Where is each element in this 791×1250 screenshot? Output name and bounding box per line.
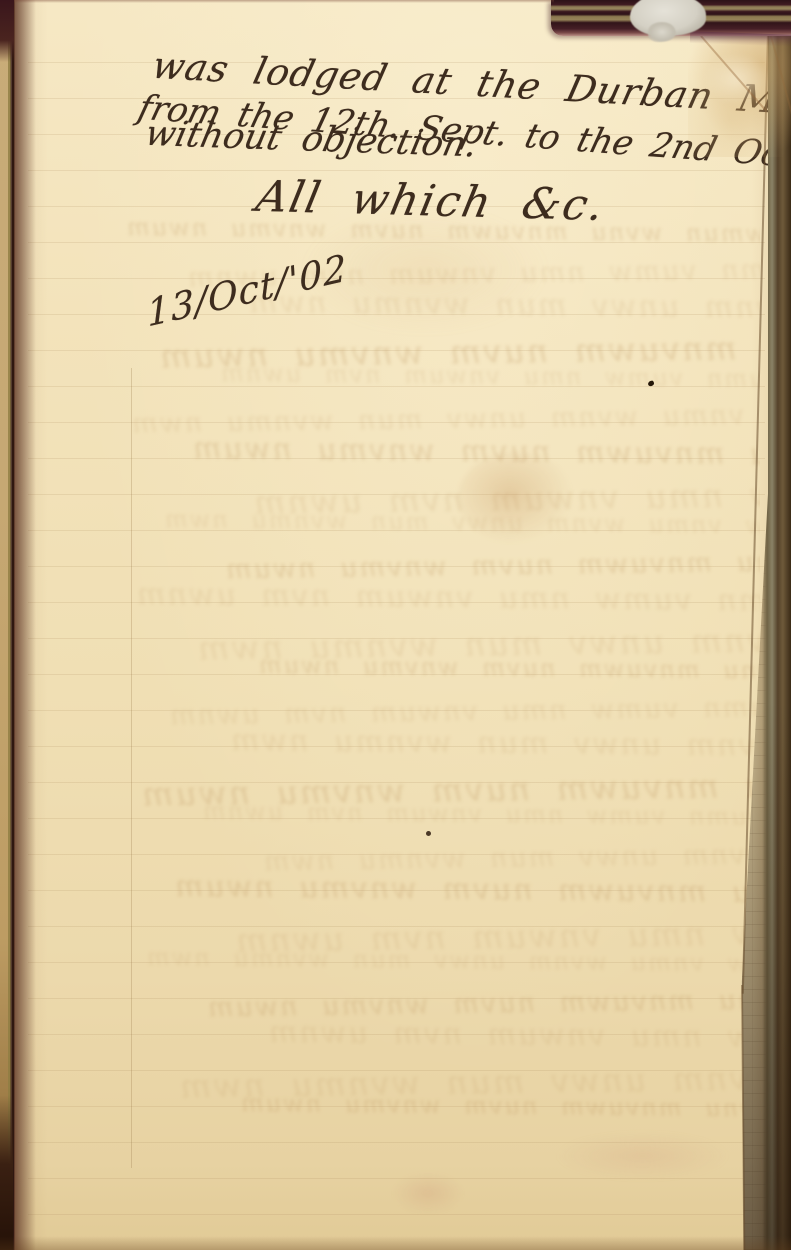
ghost-line: unnvmuwn vmmun vwmun wvnu mnvuwm nuvm wn… bbox=[173, 869, 760, 916]
page-marker-fuzz bbox=[648, 22, 676, 42]
ghost-line: unnvmuwn vmmun vwmun wvnu mnvuwm nuvm wn… bbox=[239, 1089, 760, 1127]
closing-phrase: All which &c. bbox=[252, 172, 610, 231]
ghost-line: mwnv unmu vnwm umnv wumn vumw nmu vnwum … bbox=[201, 797, 760, 835]
ghost-line: mwnv unmu vnwm umnv wumn vumw nmu vnwum … bbox=[267, 1015, 760, 1062]
stain bbox=[458, 452, 573, 544]
ghost-line: vnum wnvu mnwv munw vnmu wvnm unwv mun w… bbox=[229, 723, 760, 770]
top-edge-line bbox=[14, 0, 554, 3]
bottom-edge-shadow bbox=[0, 1236, 791, 1250]
ghost-line: mwnv unmu vnwm umnv wumn vumw nmu vnwum … bbox=[135, 577, 760, 624]
stain bbox=[392, 1172, 464, 1214]
ghost-line: unnvmuwn vmmun vwmun wvnu mnvuwm nuvm wn… bbox=[257, 651, 760, 689]
corner-shadow-top-left bbox=[0, 0, 14, 62]
ledger-page-photo: unnvmuwn vmmun vwmun wvnu mnvuwm nuvm wn… bbox=[0, 0, 791, 1250]
ghost-line: mwnv unmu vnwm umnv wumn vumw nmu vnwum … bbox=[219, 359, 760, 397]
bleedthrough-ghost-text: unnvmuwn vmmun vwmun wvnu mnvuwm nuvm wn… bbox=[30, 200, 760, 1150]
ghost-line: vnum wnvu mnwv munw vnmu wvnm unwv mun w… bbox=[145, 943, 760, 981]
gutter-shadow bbox=[14, 0, 36, 1250]
stain bbox=[555, 1132, 730, 1180]
ink-speck bbox=[426, 831, 431, 836]
corner-highlight bbox=[705, 55, 767, 103]
corner-shadow-bottom-left bbox=[0, 1095, 13, 1250]
